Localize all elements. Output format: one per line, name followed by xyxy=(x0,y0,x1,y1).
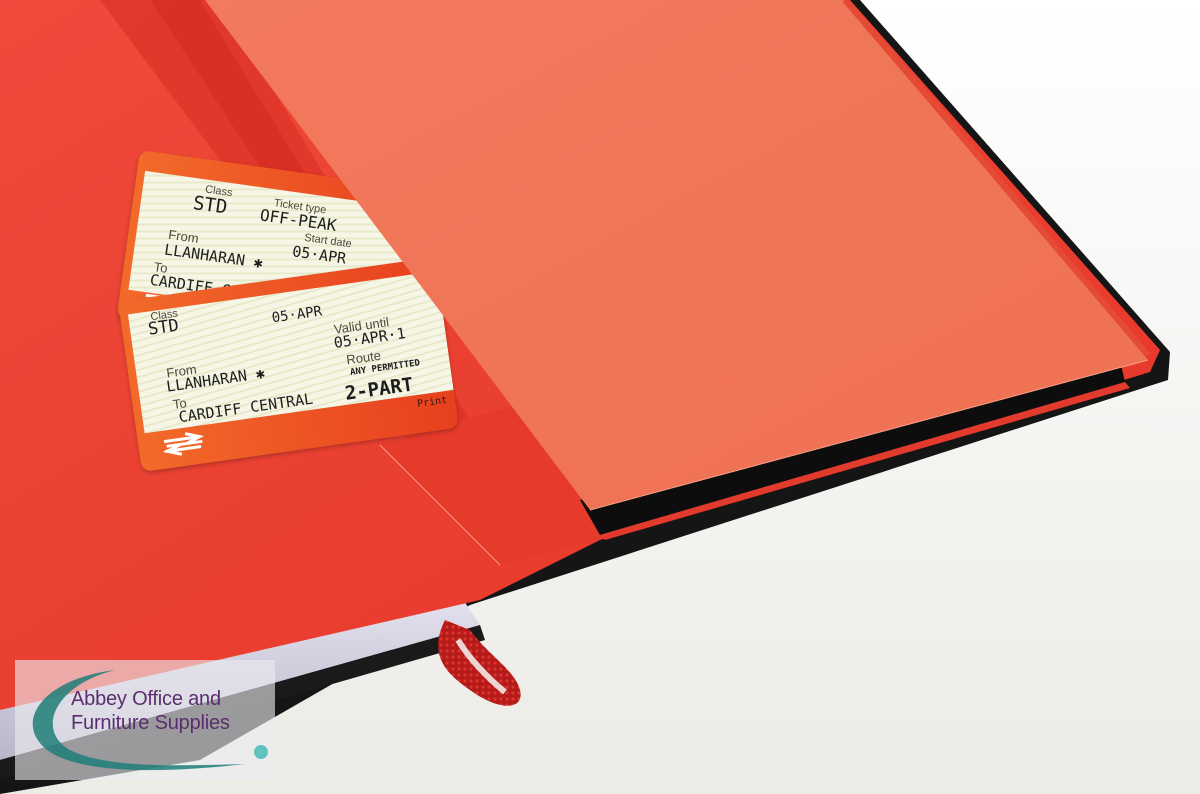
watermark-logo: Abbey Office and Furniture Supplies xyxy=(15,660,275,780)
watermark-line-2: Furniture Supplies xyxy=(71,712,230,735)
class-value: STD xyxy=(192,192,229,219)
ticket-footer: Print xyxy=(417,395,448,410)
dot-icon xyxy=(254,745,268,759)
class-value: STD xyxy=(147,316,180,340)
national-rail-logo-icon xyxy=(159,429,208,459)
watermark-line-1: Abbey Office and xyxy=(71,688,221,711)
